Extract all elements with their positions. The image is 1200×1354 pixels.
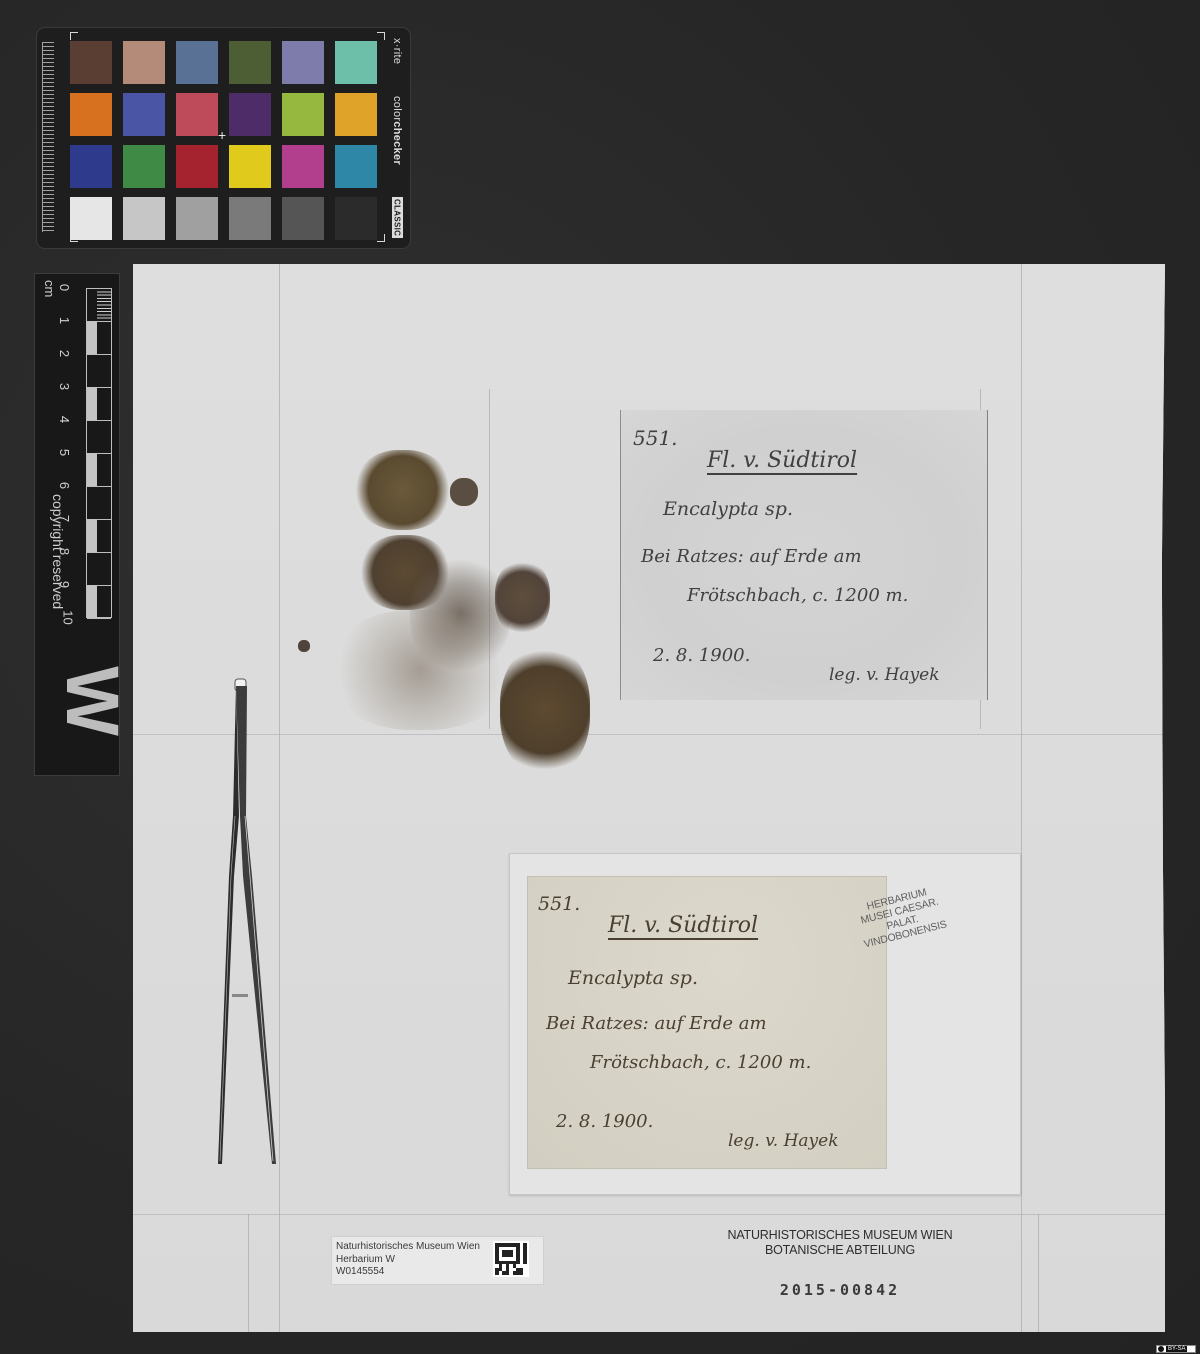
label-date: 2. 8. 1900. — [653, 645, 750, 666]
color-patch — [335, 197, 377, 240]
color-patch — [335, 41, 377, 84]
scale-tick-label: 6 — [57, 482, 72, 489]
label-locality-1: Bei Ratzes: auf Erde am — [546, 1013, 767, 1034]
color-patch — [123, 197, 165, 240]
color-patch — [229, 93, 271, 136]
scale-tick — [87, 552, 111, 553]
scale-tick — [87, 354, 111, 355]
color-patch — [282, 197, 324, 240]
crop-corner-mark — [377, 234, 385, 242]
color-patch — [70, 145, 112, 188]
label-locality-2: Frötschbach, c. 1200 m. — [687, 585, 908, 606]
scale-tick-label: 7 — [57, 515, 72, 522]
soil-clod — [450, 478, 478, 506]
fold-line — [248, 1214, 249, 1332]
color-patch — [123, 145, 165, 188]
license-badge: BY-SA — [1156, 1345, 1196, 1353]
fold-line — [1038, 1214, 1039, 1332]
license-text: BY-SA — [1166, 1346, 1187, 1352]
crop-corner-mark — [377, 32, 385, 40]
label-title: Fl. v. Südtirol — [707, 448, 857, 473]
unit-label: cm — [42, 280, 57, 297]
scale-segment — [87, 321, 97, 354]
color-patch — [123, 41, 165, 84]
label-taxon: Encalypta sp. — [568, 967, 698, 989]
color-patch — [176, 197, 218, 240]
scale-tick — [87, 486, 111, 487]
barcode-label: Naturhistorisches Museum Wien Herbarium … — [331, 1236, 544, 1285]
color-checker-branding: x·rite colorchecker CLASSIC — [387, 38, 407, 238]
scale-segment — [87, 519, 97, 552]
moss-clump — [355, 450, 450, 530]
label-locality-2: Frötschbach, c. 1200 m. — [590, 1052, 811, 1073]
color-patch — [70, 93, 112, 136]
color-patch — [70, 197, 112, 240]
scale-tick — [87, 288, 111, 289]
xrite-logo: x·rite — [391, 38, 403, 64]
scale-bar: cm copyright reserved W 012345678910 — [34, 273, 120, 776]
cc-icon — [1158, 1346, 1164, 1352]
label-taxon: Encalypta sp. — [663, 498, 793, 520]
mm-ruler — [42, 42, 54, 232]
color-patch — [229, 41, 271, 84]
color-patch — [229, 197, 271, 240]
color-checker-card: + x·rite colorchecker CLASSIC — [37, 28, 410, 248]
color-patch — [176, 93, 218, 136]
edition-badge: CLASSIC — [392, 197, 403, 238]
printed-label-copy: 551. Fl. v. Südtirol Encalypta sp. Bei R… — [620, 410, 988, 700]
color-patch — [335, 145, 377, 188]
institution-w-mark: W — [55, 666, 129, 736]
fold-line — [133, 734, 1165, 735]
moss-clump — [500, 645, 590, 775]
scale-segment — [87, 387, 97, 420]
accession-number: 2015-00842 — [700, 1281, 980, 1299]
fold-line — [133, 1214, 1165, 1215]
soil-clod — [298, 640, 310, 652]
color-patch — [335, 93, 377, 136]
color-patch — [176, 41, 218, 84]
museum-stamp: NATURHISTORISCHES MUSEUM WIEN BOTANISCHE… — [700, 1228, 980, 1258]
scale-tick-label: 8 — [57, 548, 72, 555]
center-crosshair-icon: + — [218, 128, 226, 142]
forceps — [212, 676, 282, 1171]
product-name: colorchecker — [391, 96, 403, 165]
moss-clump — [495, 560, 550, 635]
color-patch — [123, 93, 165, 136]
scale-tick-label: 10 — [61, 610, 76, 624]
moss-specimen — [290, 430, 600, 830]
scale-tick-label: 3 — [57, 383, 72, 390]
color-patch — [282, 145, 324, 188]
qr-code-icon — [493, 1241, 529, 1277]
crop-corner-mark — [70, 32, 78, 40]
label-collector: leg. v. Hayek — [728, 1131, 839, 1151]
mm-ticks — [97, 288, 111, 321]
color-patch — [70, 41, 112, 84]
scale-tick-label: 9 — [57, 581, 72, 588]
scale-tick — [87, 618, 111, 619]
label-number: 551. — [538, 893, 580, 915]
label-locality-1: Bei Ratzes: auf Erde am — [641, 546, 862, 567]
label-date: 2. 8. 1900. — [556, 1111, 653, 1132]
label-number: 551. — [633, 426, 678, 450]
scale-tick-label: 5 — [57, 449, 72, 456]
scale-segment — [87, 585, 97, 618]
color-patch — [176, 145, 218, 188]
scale-tick-label: 4 — [57, 416, 72, 423]
color-patch — [229, 145, 271, 188]
scale-tick-label: 1 — [57, 317, 72, 324]
fold-line — [1021, 264, 1022, 1332]
label-title: Fl. v. Südtirol — [608, 913, 758, 938]
color-patch — [282, 93, 324, 136]
museum-name: NATURHISTORISCHES MUSEUM WIEN — [700, 1228, 980, 1243]
original-label: 551. Fl. v. Südtirol Encalypta sp. Bei R… — [527, 876, 887, 1169]
scale-tick-label: 2 — [57, 350, 72, 357]
color-patch — [282, 41, 324, 84]
scale-segment — [87, 453, 97, 486]
scale-tick — [87, 420, 111, 421]
soil-scatter — [330, 610, 510, 730]
label-collector: leg. v. Hayek — [829, 665, 940, 685]
department-name: BOTANISCHE ABTEILUNG — [700, 1243, 980, 1258]
scale-tick-label: 0 — [57, 284, 72, 291]
